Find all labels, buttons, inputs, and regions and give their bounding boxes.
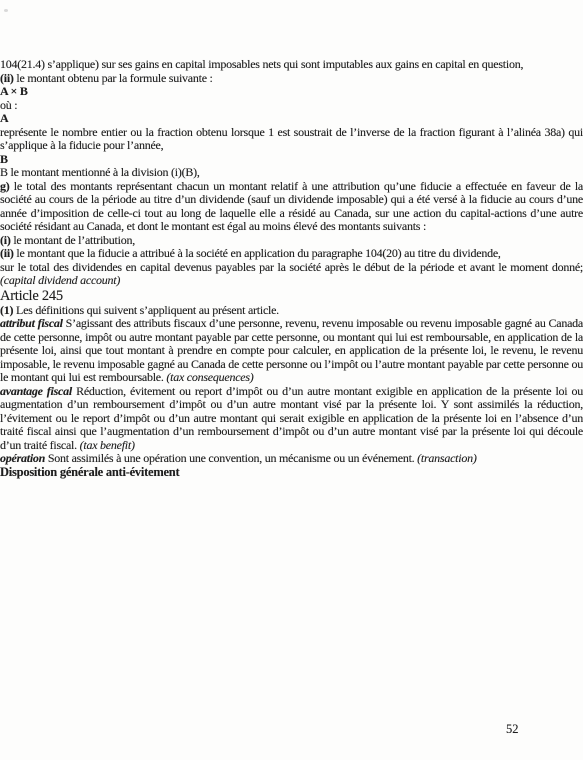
clause-formula-intro: (ii) le montant obtenu par la formule su… (0, 72, 583, 86)
definition-english-term: (tax benefit) (80, 438, 135, 452)
subitem-ii: (ii) le montant que la fiducie a attribu… (0, 247, 583, 261)
subsection-1-text: Les définitions qui suivent s’appliquent… (13, 303, 279, 317)
definition-english-term: (transaction) (417, 451, 476, 465)
formula-expression: A × B (0, 85, 583, 99)
subsection-1: (1) Les définitions qui suivent s’appliq… (0, 304, 583, 318)
where-label: où : (0, 99, 583, 113)
variable-a-description: représente le nombre entier ou la fracti… (0, 126, 583, 153)
closing-english-term: (capital dividend account) (0, 273, 120, 287)
definition-term: opération (0, 451, 45, 465)
paragraph-g-text: le total des montants représentant chacu… (0, 179, 583, 234)
definition-avantage-fiscal: avantage fiscal Réduction, évitement ou … (0, 385, 583, 453)
subsection-1-marker: (1) (0, 303, 13, 317)
definition-attribut-fiscal: attribut fiscal S’agissant des attributs… (0, 317, 583, 385)
subitem-i-marker: (i) (0, 233, 11, 247)
subitem-i: (i) le montant de l’attribution, (0, 234, 583, 248)
variable-b-letter: B (0, 153, 583, 167)
paragraph-g: g) le total des montants représentant ch… (0, 180, 583, 234)
variable-b-description: B le montant mentionné à la division (i)… (0, 166, 583, 180)
definition-term: attribut fiscal (0, 316, 63, 330)
section-heading-anti-evitement: Disposition générale anti-évitement (0, 466, 583, 480)
scanned-document-page: 104(21.4) s’applique) sur ses gains en c… (0, 0, 583, 760)
definition-english-term: (tax consequences) (166, 370, 253, 384)
scan-artifact-dot (4, 9, 8, 12)
definition-body: Sont assimilés à une opération une conve… (45, 451, 417, 465)
definition-body: S’agissant des attributs fiscaux d’une p… (0, 316, 583, 384)
subitem-i-text: le montant de l’attribution, (11, 233, 135, 247)
paragraph-g-marker: g) (0, 179, 10, 193)
closing-text: sur le total des dividendes en capital d… (0, 260, 583, 274)
subitem-ii-text: le montant que la fiducie a attribué à l… (14, 246, 501, 260)
variable-a-letter: A (0, 112, 583, 126)
clause-text: le montant obtenu par la formule suivant… (14, 71, 213, 85)
definition-term: avantage fiscal (0, 384, 72, 398)
article-heading: Article 245 (0, 288, 583, 304)
closing-flush-text: sur le total des dividendes en capital d… (0, 261, 583, 288)
clause-marker: (ii) (0, 71, 14, 85)
definition-operation: opération Sont assimilés à une opération… (0, 452, 583, 466)
subitem-ii-marker: (ii) (0, 246, 14, 260)
paragraph-gains-continuation: 104(21.4) s’applique) sur ses gains en c… (0, 58, 583, 72)
page-number: 52 (506, 723, 519, 737)
